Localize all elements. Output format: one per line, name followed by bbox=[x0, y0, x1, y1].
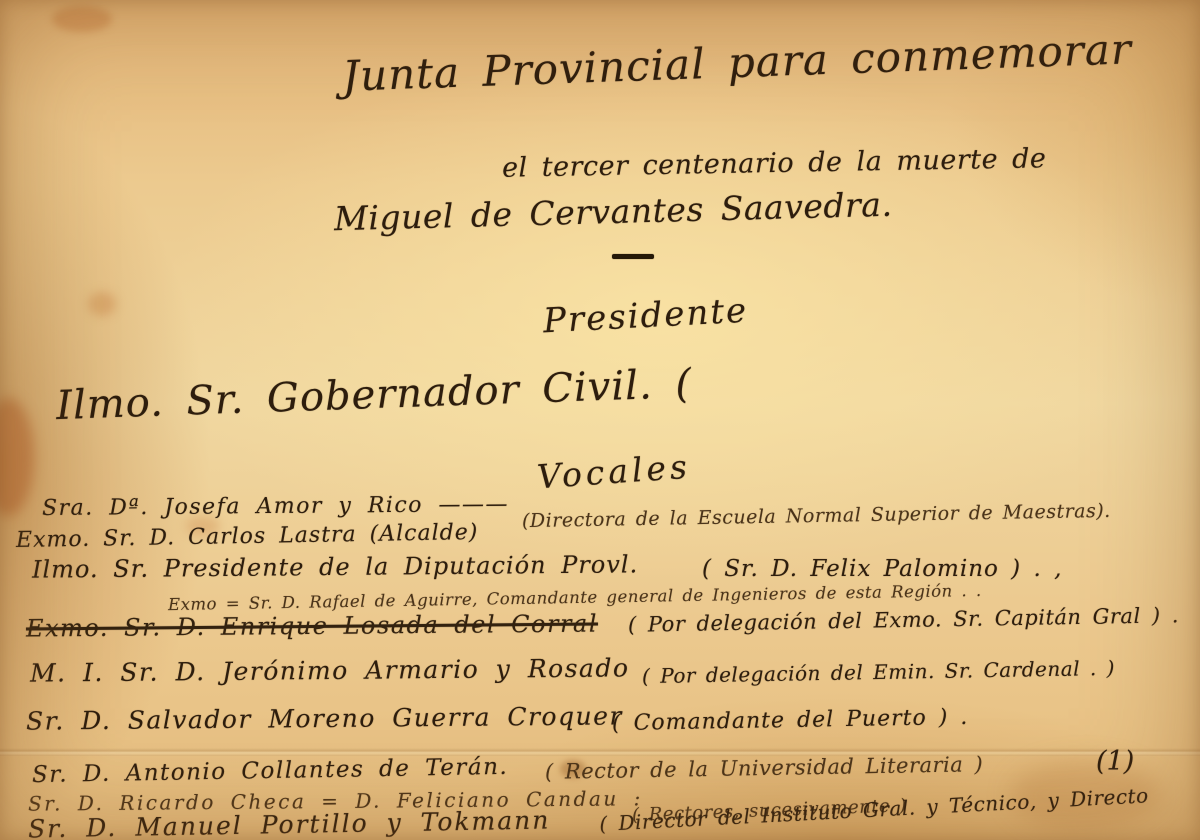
vocal-role: ( Director del Instituto Gral. y Técnico… bbox=[599, 783, 1149, 836]
presidente-entry: Ilmo. Sr. Gobernador Civil. ( bbox=[55, 361, 692, 429]
fold-crease bbox=[0, 748, 1200, 756]
footnote-marker: (1) bbox=[1096, 746, 1134, 777]
vocal-name: Sr. D. Antonio Collantes de Terán. bbox=[32, 754, 509, 788]
vocal-name: M. I. Sr. D. Jerónimo Armario y Rosado bbox=[30, 653, 630, 687]
struck-vocal-name: Exmo. Sr. D. Enrique Losada del Corral bbox=[26, 610, 598, 643]
title-line-3: Miguel de Cervantes Saavedra. bbox=[334, 185, 893, 239]
vocal-role: ( Por delegación del Emin. Sr. Cardenal … bbox=[642, 656, 1115, 688]
vocal-name: Sr. D. Salvador Moreno Guerra Croquer bbox=[26, 701, 623, 735]
vocal-role: ( Rector de la Universidad Literaria ) bbox=[545, 752, 984, 784]
vocal-role: (Directora de la Escuela Normal Superior… bbox=[522, 500, 1111, 532]
vocal-role: ( Comandante del Puerto ) . bbox=[612, 705, 969, 736]
paper-stain bbox=[0, 398, 34, 516]
title-line-2: el tercer centenario de la muerte de bbox=[502, 143, 1047, 183]
vocal-name: Sra. Dª. Josefa Amor y Rico ——— bbox=[42, 492, 509, 521]
section-divider bbox=[612, 254, 654, 259]
vocal-role: ( Por delegación del Exmo. Sr. Capitán G… bbox=[628, 603, 1179, 637]
paper-stain bbox=[52, 6, 112, 32]
title-line-1: Junta Provincial para conmemorar bbox=[341, 24, 1132, 101]
vocal-role: ( Sr. D. Felix Palomino ) . , bbox=[702, 556, 1062, 582]
presidente-heading: Presidente bbox=[542, 291, 749, 342]
vocal-name: Exmo. Sr. D. Carlos Lastra (Alcalde) bbox=[16, 520, 479, 553]
manuscript-page: Junta Provincial para conmemorar el terc… bbox=[0, 0, 1200, 840]
paper-stain bbox=[88, 292, 116, 316]
vocales-heading: Vocales bbox=[536, 447, 692, 497]
vocal-name: Ilmo. Sr. Presidente de la Diputación Pr… bbox=[32, 550, 638, 583]
